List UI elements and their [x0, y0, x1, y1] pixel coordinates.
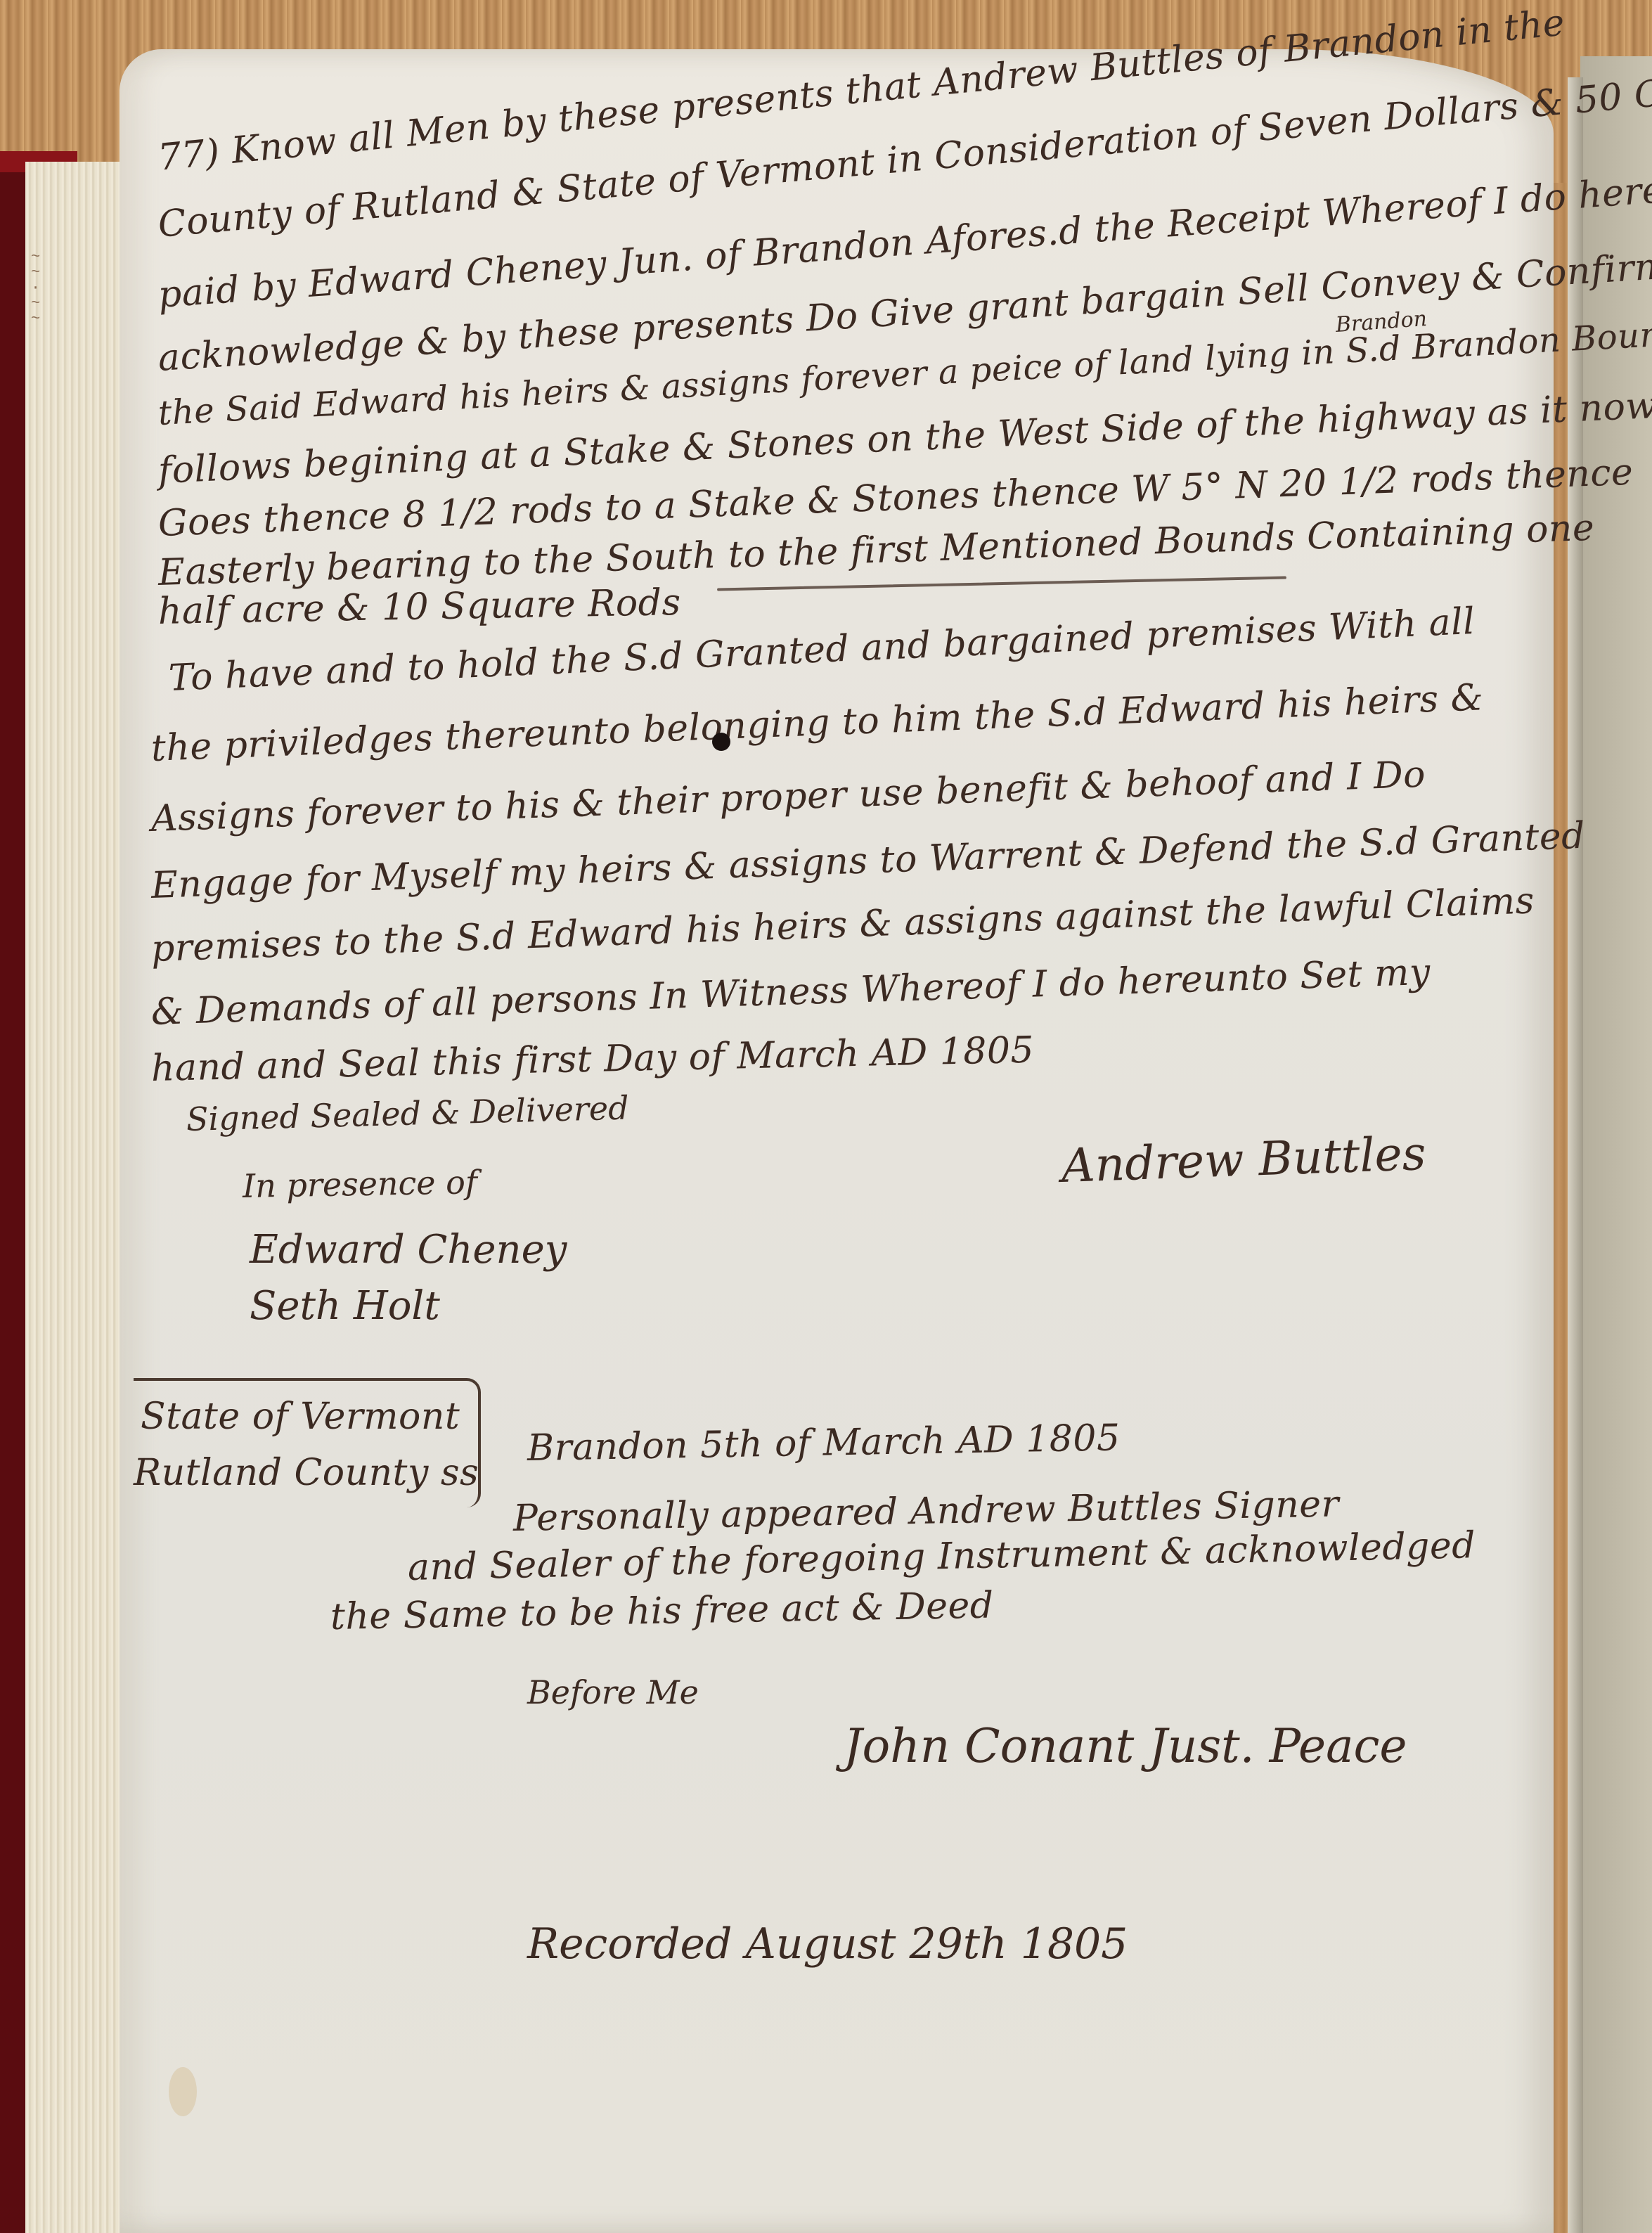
witness-signature-2: Seth Holt: [250, 1283, 440, 1329]
facing-page: [1580, 56, 1652, 2233]
previous-page-marks: ~ ~ · ~ ~: [31, 250, 45, 362]
before-me-label: Before Me: [527, 1673, 699, 1711]
ink-blot: [712, 733, 730, 751]
venue-county: Rutland County ss: [134, 1452, 479, 1494]
justice-signature: John Conant Just. Peace: [844, 1719, 1407, 1773]
witness-signature-1: Edward Cheney: [250, 1227, 567, 1273]
in-presence-of: In presence of: [243, 1163, 478, 1205]
venue-state: State of Vermont: [141, 1396, 460, 1438]
book-cover: [0, 151, 28, 2233]
paper-stain: [169, 2067, 197, 2116]
page-edges: [25, 162, 131, 2233]
recorded-date: Recorded August 29th 1805: [527, 1919, 1128, 1969]
